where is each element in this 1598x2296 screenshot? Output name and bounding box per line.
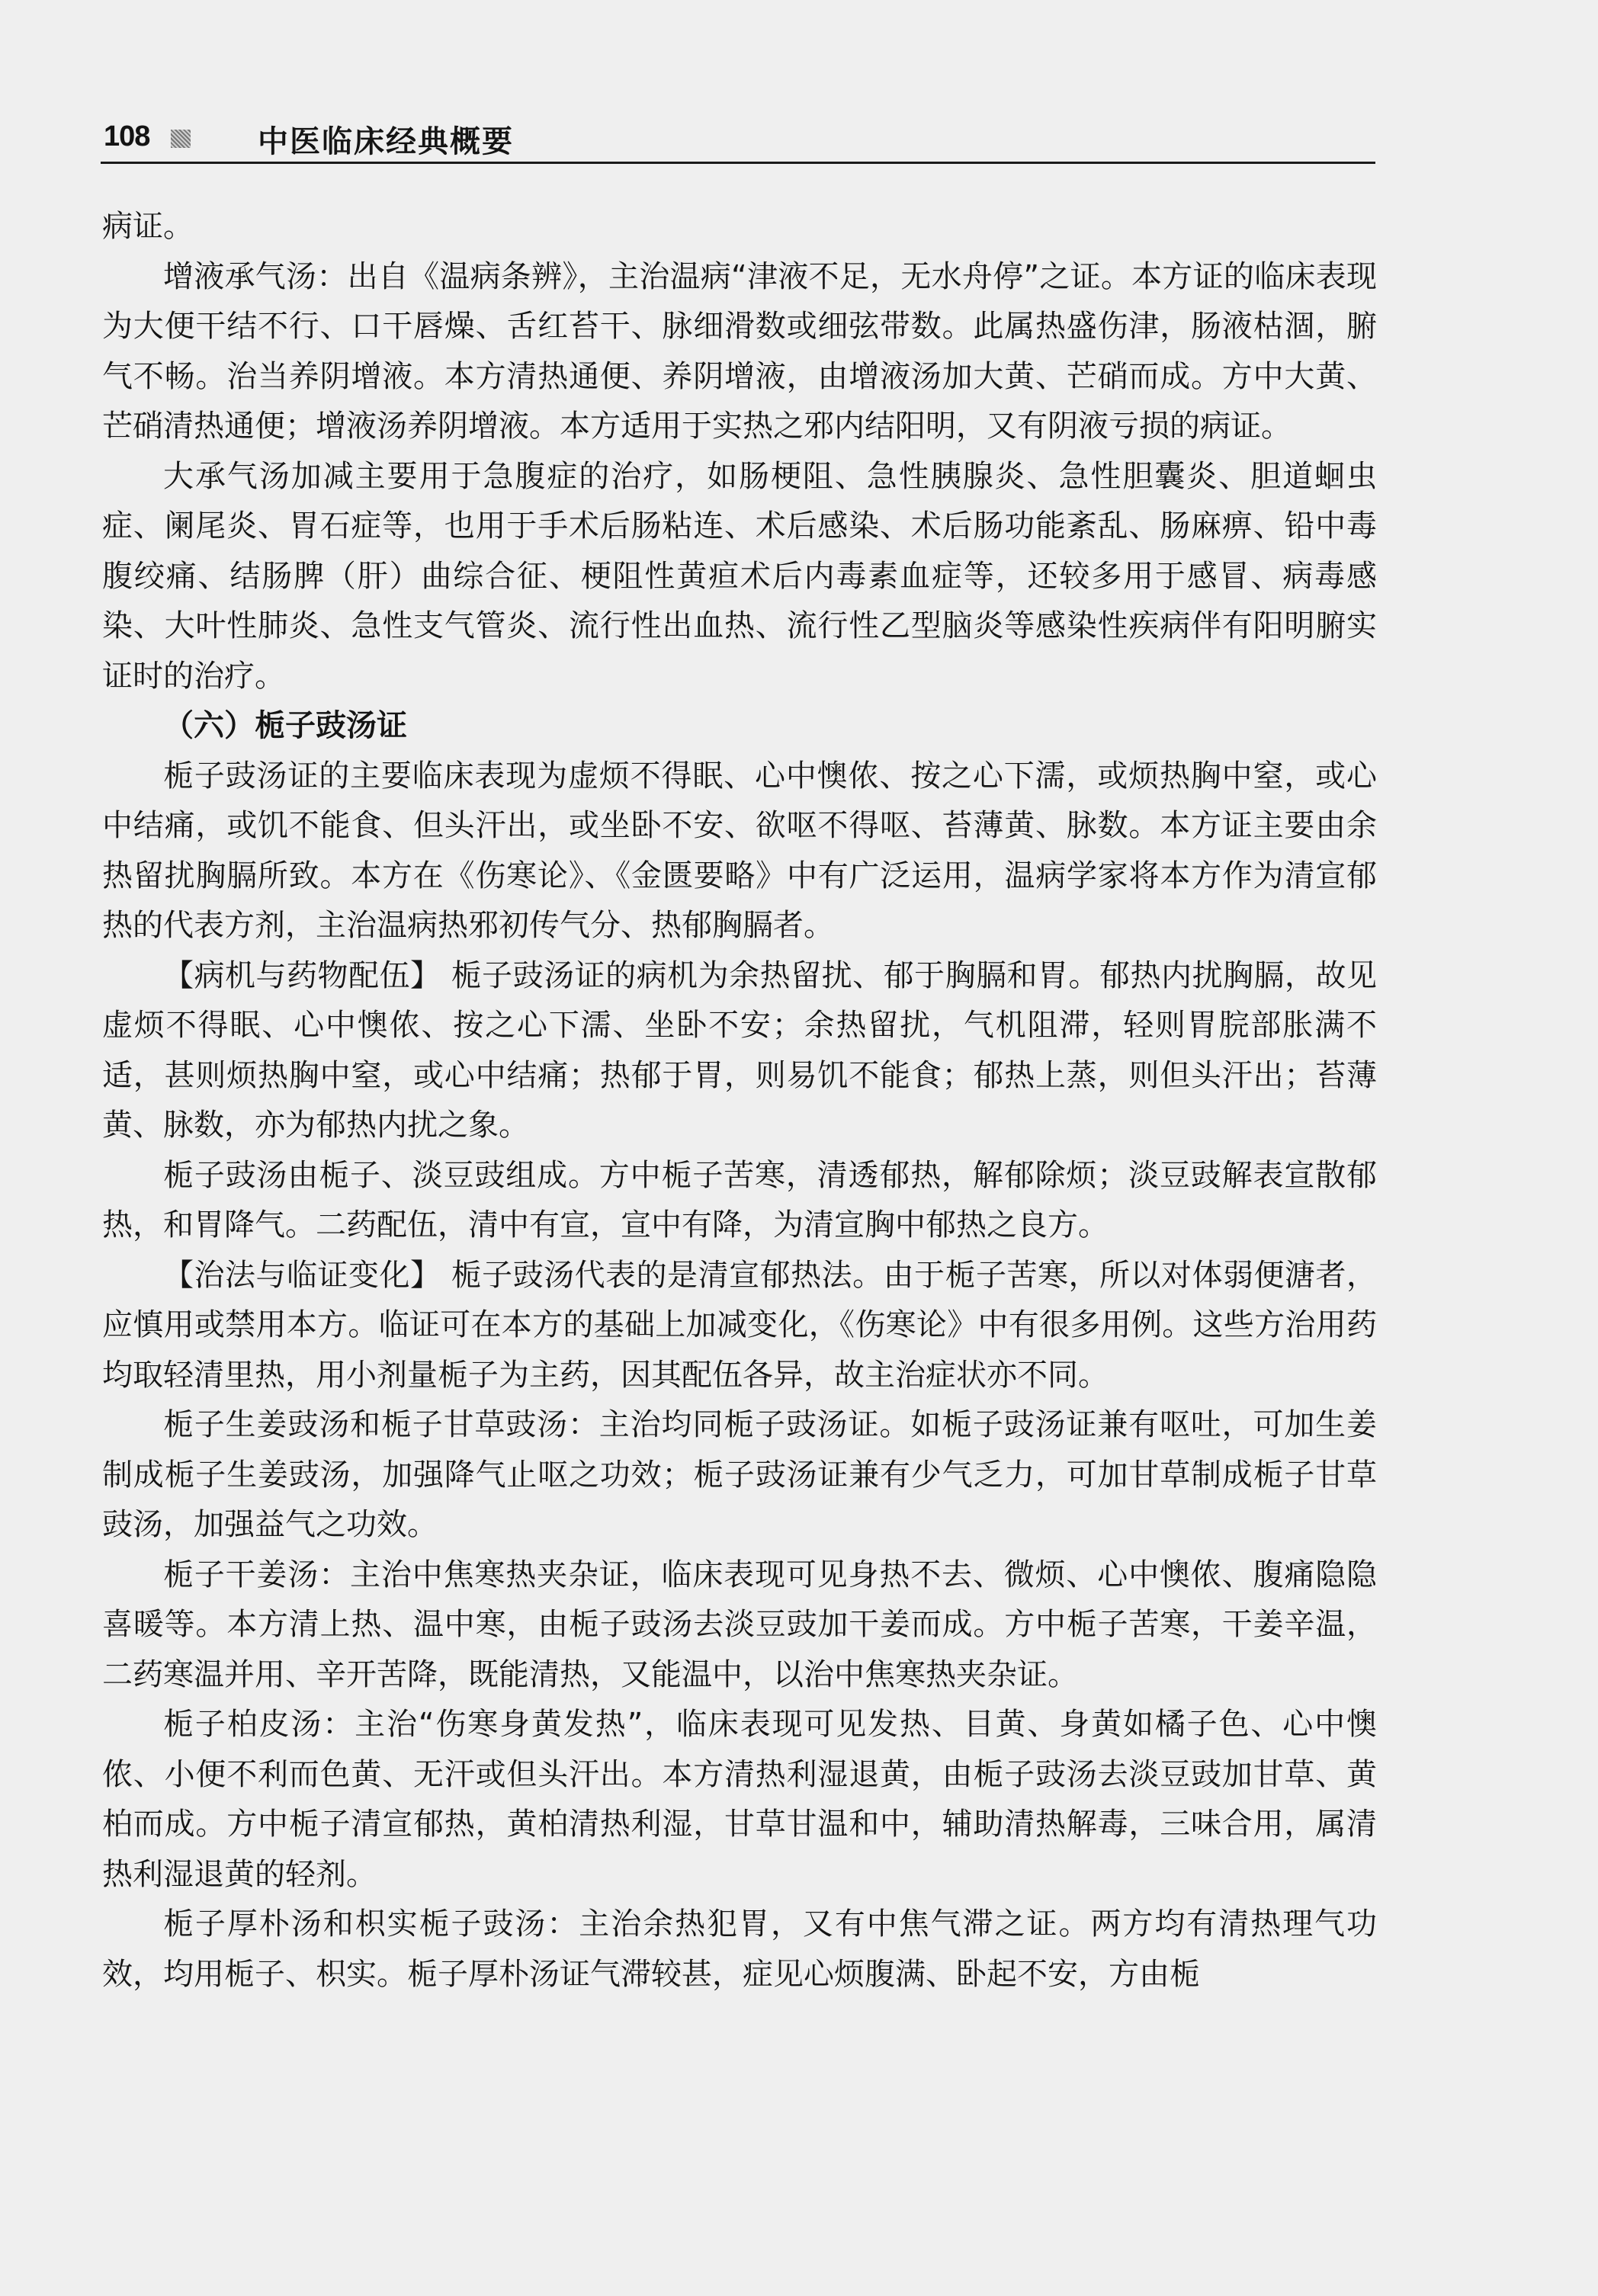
paragraph-houpo-zhishi: 栀子厚朴汤和枳实栀子豉汤：主治余热犯胃，又有中焦气滞之证。两方均有清热理气功效，… [102, 1900, 1377, 1999]
section-heading: （六）栀子豉汤证 [102, 701, 1377, 752]
header-rule [101, 162, 1375, 164]
running-book-title: 中医临床经典概要 [258, 117, 514, 161]
subsection-label-pathogenesis: 【病机与药物配伍】 [163, 958, 441, 993]
subsection-label-treatment: 【治法与临证变化】 [163, 1258, 441, 1293]
paragraph-pathogenesis: 【病机与药物配伍】 栀子豉汤证的病机为余热留扰、郁于胸膈和胃。郁热内扰胸膈，故见… [102, 951, 1377, 1151]
paragraph-treatment: 【治法与临证变化】 栀子豉汤代表的是清宣郁热法。由于栀子苦寒，所以对体弱便溏者，… [102, 1251, 1377, 1401]
page-body: 病证。 增液承气汤：出自《温病条辨》，主治温病“津液不足，无水舟停”之证。本方证… [102, 202, 1377, 1999]
paragraph-zengye-chengqi-tang: 增液承气汤：出自《温病条辨》，主治温病“津液不足，无水舟停”之证。本方证的临床表… [102, 252, 1377, 452]
page-number: 108 [104, 120, 149, 153]
paragraph-shengjiang-gancao-variants: 栀子生姜豉汤和栀子甘草豉汤：主治均同栀子豉汤证。如栀子豉汤证兼有呕吐，可加生姜制… [102, 1400, 1377, 1550]
paragraph-composition: 栀子豉汤由栀子、淡豆豉组成。方中栀子苦寒，清透郁热，解郁除烦；淡豆豉解表宣散郁热… [102, 1151, 1377, 1251]
paragraph-continuation: 病证。 [102, 202, 1377, 252]
paragraph-zhizi-chi-tang-symptoms: 栀子豉汤证的主要临床表现为虚烦不得眠、心中懊侬、按之心下濡，或烦热胸中窒，或心中… [102, 752, 1377, 951]
page-marker-square-icon [171, 130, 191, 148]
paragraph-baipi-tang: 栀子柏皮汤：主治“伤寒身黄发热”，临床表现可见发热、目黄、身黄如橘子色、心中懊侬… [102, 1700, 1377, 1900]
page-header: 108 中医临床经典概要 [101, 114, 1375, 162]
paragraph-ganjiang-tang: 栀子干姜汤：主治中焦寒热夹杂证，临床表现可见身热不去、微烦、心中懊侬、腹痛隐隐喜… [102, 1550, 1377, 1701]
paragraph-dachengqi-tang-applications: 大承气汤加减主要用于急腹症的治疗，如肠梗阻、急性胰腺炎、急性胆囊炎、胆道蛔虫症、… [102, 452, 1377, 702]
